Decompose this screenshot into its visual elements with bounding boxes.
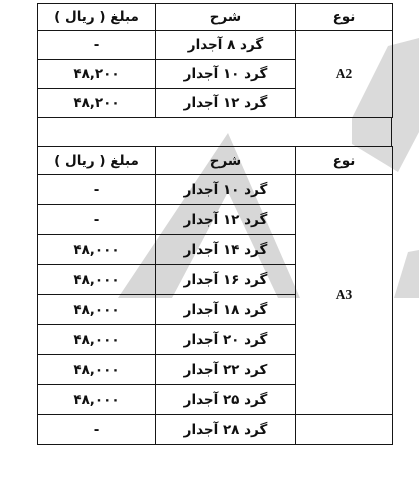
amount-cell: ۴۸,۰۰۰ <box>38 385 156 415</box>
header-amount: مبلغ ( ریال ) <box>38 147 156 175</box>
description-cell: گرد ۱۰ آجدار <box>156 60 296 89</box>
description-cell: گرد ۸ آجدار <box>156 31 296 60</box>
amount-cell: ۴۸,۰۰۰ <box>38 235 156 265</box>
amount-cell: - <box>38 31 156 60</box>
type-merged-cell-a2: A2 <box>296 31 393 118</box>
description-cell: گرد ۲۸ آجدار <box>156 415 296 445</box>
amount-cell: ۴۸,۰۰۰ <box>38 265 156 295</box>
description-cell: گرد ۱۲ آجدار <box>156 205 296 235</box>
amount-cell: ۴۸,۰۰۰ <box>38 325 156 355</box>
amount-cell: ۴۸,۲۰۰ <box>38 89 156 118</box>
description-cell: گرد ۱۴ آجدار <box>156 235 296 265</box>
table-row: A2 گرد ۸ آجدار - <box>38 31 393 60</box>
table-header-row: نوع شرح مبلغ ( ریال ) <box>38 147 393 175</box>
empty-type-cell <box>296 415 393 445</box>
header-amount: مبلغ ( ریال ) <box>38 4 156 31</box>
description-cell: گرد ۱۶ آجدار <box>156 265 296 295</box>
price-table-a2: نوع شرح مبلغ ( ریال ) A2 گرد ۸ آجدار - گ… <box>37 3 393 118</box>
empty-row <box>37 117 392 146</box>
description-cell: گرد ۱۸ آجدار <box>156 295 296 325</box>
description-cell: گرد ۲۵ آجدار <box>156 385 296 415</box>
header-type: نوع <box>296 4 393 31</box>
type-merged-cell-a3: A3 <box>296 175 393 415</box>
description-cell: کرد ۲۲ آجدار <box>156 355 296 385</box>
table-row: گرد ۲۸ آجدار - <box>38 415 393 445</box>
description-cell: گرد ۱۲ آجدار <box>156 89 296 118</box>
header-type: نوع <box>296 147 393 175</box>
description-cell: گرد ۲۰ آجدار <box>156 325 296 355</box>
header-description: شرح <box>156 147 296 175</box>
amount-cell: - <box>38 205 156 235</box>
table-row: A3 گرد ۱۰ آجدار - <box>38 175 393 205</box>
price-table-a3: نوع شرح مبلغ ( ریال ) A3 گرد ۱۰ آجدار - … <box>37 146 393 445</box>
amount-cell: ۴۸,۰۰۰ <box>38 295 156 325</box>
price-table-page: نوع شرح مبلغ ( ریال ) A2 گرد ۸ آجدار - گ… <box>0 0 419 491</box>
table-header-row: نوع شرح مبلغ ( ریال ) <box>38 4 393 31</box>
amount-cell: ۴۸,۲۰۰ <box>38 60 156 89</box>
description-cell: گرد ۱۰ آجدار <box>156 175 296 205</box>
header-description: شرح <box>156 4 296 31</box>
watermark-stripe <box>394 250 419 298</box>
amount-cell: ۴۸,۰۰۰ <box>38 355 156 385</box>
amount-cell: - <box>38 175 156 205</box>
amount-cell: - <box>38 415 156 445</box>
